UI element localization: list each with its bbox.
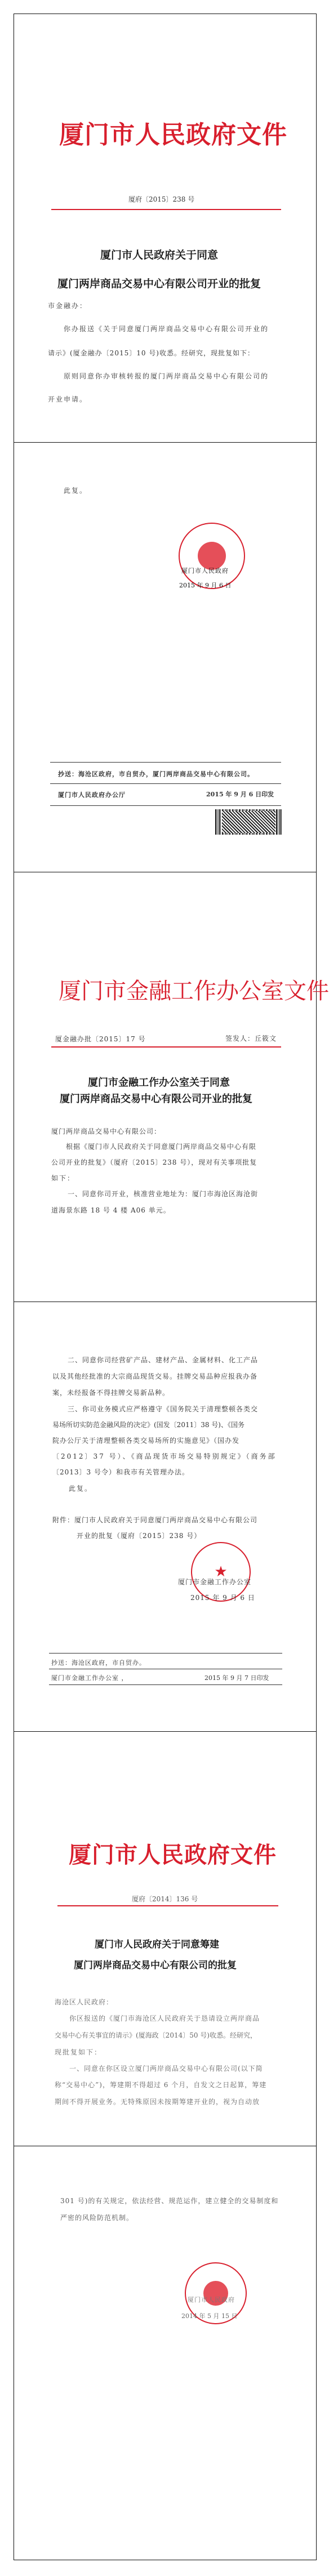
doc2-attachment-line1: 附件：厦门市人民政府关于同意厦门两岸商品交易中心有限公司 [52,1515,257,1525]
doc3-red-rule [57,1905,278,1906]
doc1-title-line2: 厦门两岸商品交易中心有限公司开业的批复 [57,275,261,291]
doc2-closing: 此复。 [69,1483,92,1493]
doc1-red-rule [51,209,281,210]
doc1-doc-number: 厦府〔2015〕238 号 [128,194,194,204]
doc1-addressee: 市金融办： [48,301,87,310]
doc1-cc: 抄送：海沧区政府，市自贸办，厦门两岸商品交易中心有限公司。 [58,769,254,778]
doc3-seal-org: 厦门市人民政府 [188,2295,235,2304]
doc2-red-rule [51,1046,281,1048]
doc2-issuer: 厦门市金融工作办公室 ， [51,1673,128,1682]
doc1-seal-org: 厦门市人民政府 [181,566,229,575]
page-divider [14,872,317,872]
doc3-title-line2: 厦门两岸商品交易中心有限公司的批复 [74,1957,237,1971]
frame-top-border [14,14,317,14]
page-divider [14,1731,317,1732]
doc2-item2-line3: 案，未经报备不得挂牌交易新品种。 [52,1388,170,1397]
doc2-addressee: 厦门两岸商品交易中心有限公司： [51,1126,161,1136]
doc2-cc: 抄送：海沧区政府，市自贸办。 [51,1658,146,1667]
doc1-para2-line1: 原则同意你办审核转报的厦门两岸商品交易中心有限公司的 [64,371,269,381]
doc3-para1-line1: 你区报送的《厦门市海沧区人民政府关于恳请设立两岸商品 [69,2013,260,2023]
doc3-title-line1: 厦门市人民政府关于同意筹建 [95,1936,219,1950]
doc1-header: 厦门市人民政府文件 [59,114,287,150]
doc1-title-line1: 厦门市人民政府关于同意 [100,247,218,262]
doc2-cc-rule-top [49,1653,282,1654]
official-seal [179,523,245,589]
doc3-sign-date: 2014 年 5 月 15 日 [181,2311,237,2320]
doc2-issue-date: 2015 年 9 月 7 日印发 [204,1673,269,1682]
doc3-doc-number: 厦府〔2014〕136 号 [132,1894,198,1904]
doc2-item1-line1: 一、同意你司开业，核准营业地址为：厦门市海沧区海沧街 [68,1189,258,1198]
doc3-cont-line2: 严密的风险防范机制。 [60,2213,134,2222]
frame-bottom-border [14,2560,317,2560]
doc1-cc-rule-mid [50,783,281,784]
doc2-intro-line1: 根据《厦门市人民政府关于同意厦门两岸商品交易中心有限 [66,1142,256,1151]
doc1-para1-line1: 你办报送《关于同意厦门两岸商品交易中心有限公司开业的 [64,324,269,333]
doc3-header: 厦门市人民政府文件 [69,1837,277,1869]
doc2-item3-line2: 易场所切实防范金融风险的决定》(国发〔2011〕38 号)、《国务 [52,1420,244,1429]
doc3-cont-line1: 301 号)的有关规定，依法经营、规范运作，建立健全的交易制度和 [60,2196,278,2205]
doc2-title-line2: 厦门两岸商品交易中心有限公司开业的批复 [60,1091,252,1106]
doc3-item1-line1: 一、同意在你区设立厦门两岸商品交易中心有限公司(以下简 [69,2064,263,2073]
doc3-para1-line3: 现批复如下： [55,2047,102,2057]
page-divider [14,442,317,443]
doc2-signer: 签发人：丘筱文 [225,1033,277,1043]
doc2-cc-rule-mid [49,1669,282,1669]
doc2-attachment-line2: 开业的批复（厦府〔2015〕238 号） [77,1531,201,1540]
doc2-item3-line1: 三、你司业务模式应严格遵守《国务院关于清理整顿各类交 [68,1404,258,1414]
doc3-item1-line2: 称“交易中心”)，筹建期不得超过 6 个月，自发文之日起算，筹建 [55,2080,266,2089]
page-divider [14,2146,317,2146]
doc1-para1-line2: 请示》(厦金融办〔2015〕10 号)收悉。经研究，现批复如下： [48,348,255,358]
doc1-closing: 此复。 [64,485,87,495]
doc2-intro-line3: 如下： [51,1173,75,1183]
doc1-sign-date: 2015 年 9 月 6 日 [179,581,231,590]
doc1-issue-date: 2015 年 9 月 6 日印发 [206,790,274,799]
doc2-title-line1: 厦门市金融工作办公室关于同意 [88,1075,230,1089]
doc2-item2-line2: 以及其他经批准的大宗商品现货交易。挂牌交易品种应报我办备 [52,1371,257,1381]
doc2-header: 厦门市金融工作办公室文件 [59,973,329,1005]
doc2-item3-line4: 〔2012〕37 号）、《商品现货市场交易特别规定》（商务部 [52,1451,277,1461]
doc2-item3-line5: 〔2013〕3 号令）和我市有关管理办法。 [52,1467,189,1477]
page-divider [14,1302,317,1302]
doc2-seal-org: 厦门市金融工作办公室 [178,1577,251,1586]
doc1-para2-line2: 开业申请。 [48,394,87,404]
doc2-item2-line1: 二、同意你司经营矿产品、建材产品、金属材料、化工产品 [68,1355,258,1365]
doc2-sign-date: 2015 年 9 月 6 日 [190,1593,255,1602]
barcode-icon [215,809,282,835]
doc2-item3-line3: 院办公厅关于清理整顿各类交易场所的实施意见》（国办发 [52,1436,239,1445]
doc2-cc-rule-bottom [49,1684,282,1685]
doc2-item1-line2: 道海景东路 18 号 4 楼 A06 单元。 [51,1205,171,1215]
doc1-issuer: 厦门市人民政府办公厅 [58,790,126,799]
doc2-intro-line2: 公司开业的批复》（厦府〔2015〕238 号），现对有关事项批复 [51,1157,257,1167]
doc1-cc-rule-top [50,762,281,763]
doc3-para1-line2: 交易中心有关事宜的请示》(厦海政〔2014〕50 号)收悉。经研究， [55,2030,257,2040]
doc3-addressee: 海沧区人民政府： [55,1997,113,2007]
doc1-cc-rule-bottom [50,805,281,806]
doc3-item1-line3: 期间不得开展业务。无特殊原因未按期筹建开业的，视为自动放 [55,2097,260,2106]
doc2-doc-number: 厦金融办批〔2015〕17 号 [55,1034,146,1044]
